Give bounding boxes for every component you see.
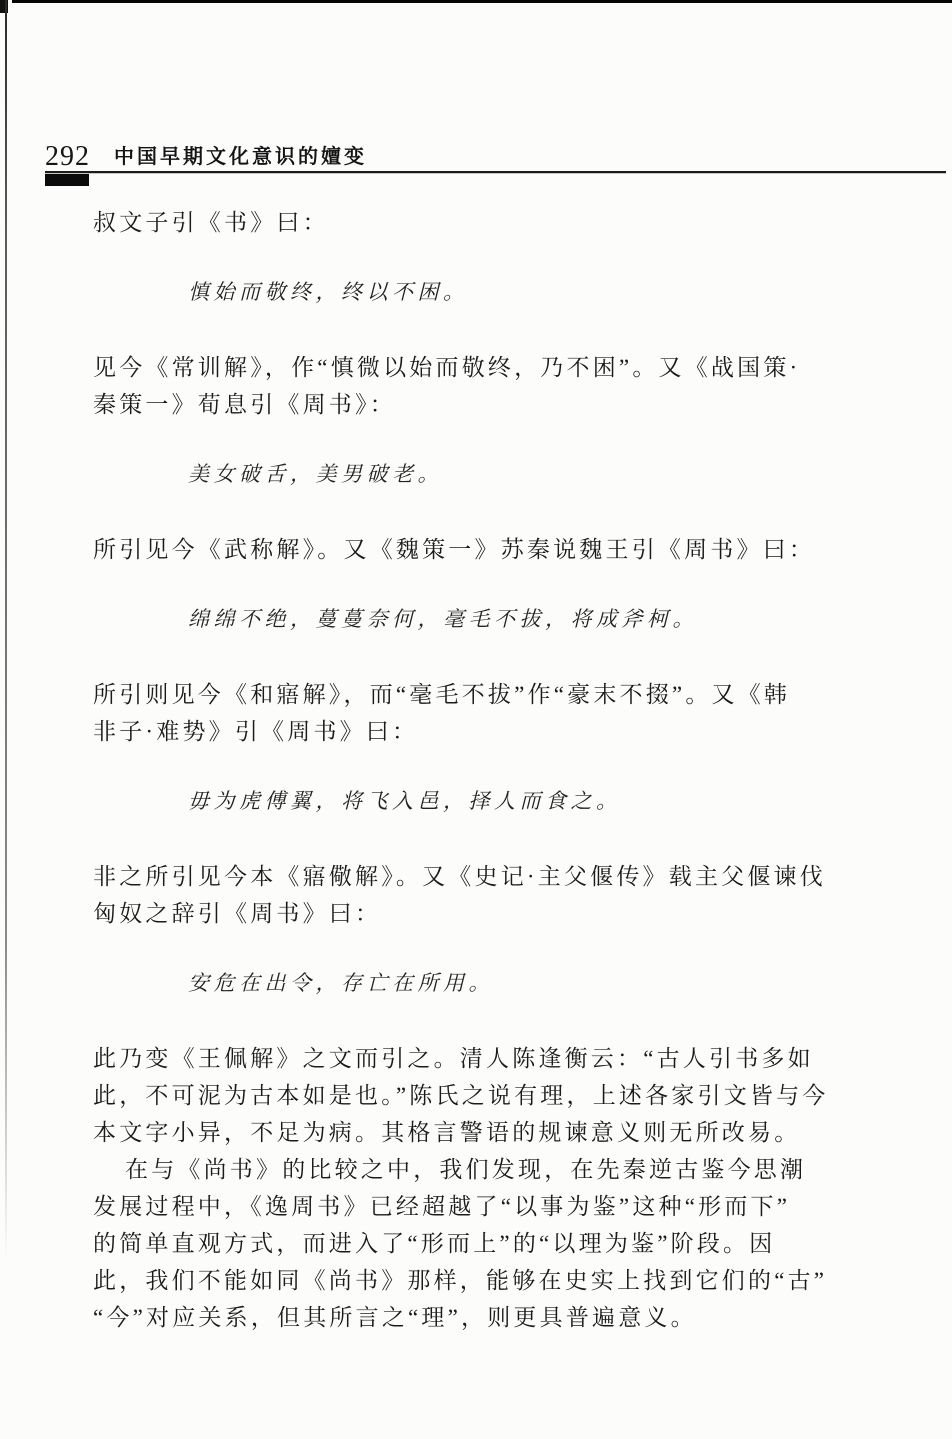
text-line: 慎始而敬终，终以不困。 <box>188 277 863 307</box>
content: 叔文子引《书》曰：慎始而敬终，终以不困。见今《常训解》，作“慎微以始而敬终，乃不… <box>93 204 863 1336</box>
paragraph: 在与《尚书》的比较之中，我们发现，在先秦逆古鉴今思潮发展过程中，《逸周书》已经超… <box>93 1151 863 1336</box>
text-line: 此乃变《王佩解》之文而引之。清人陈逢衡云：“古人引书多如 <box>93 1040 863 1077</box>
text-line: 见今《常训解》，作“慎微以始而敬终，乃不困”。又《战国策· <box>93 349 863 386</box>
scan-top-edge-artifact <box>12 0 952 3</box>
paragraph: 所引见今《武称解》。又《魏策一》苏秦说魏王引《周书》曰： <box>93 531 863 568</box>
text-line: 匈奴之辞引《周书》曰： <box>93 895 863 932</box>
text-line: 所引见今《武称解》。又《魏策一》苏秦说魏王引《周书》曰： <box>93 531 863 568</box>
block-quote: 慎始而敬终，终以不困。 <box>188 277 863 307</box>
header-ink-block <box>45 174 89 186</box>
text-line: 此，我们不能如同《尚书》那样，能够在史实上找到它们的“古” <box>93 1262 863 1299</box>
text-line: 的简单直观方式，而进入了“形而上”的“以理为鉴”阶段。因 <box>93 1225 863 1262</box>
header-rule <box>45 171 946 173</box>
text-line: 毋为虎傅翼，将飞入邑，择人而食之。 <box>188 786 863 816</box>
text-line: 绵绵不绝，蔓蔓奈何，毫毛不拔，将成斧柯。 <box>188 604 863 634</box>
page-number: 292 <box>45 141 90 173</box>
scanned-book-page: 292中国早期文化意识的嬗变 叔文子引《书》曰：慎始而敬终，终以不困。见今《常训… <box>0 0 952 1439</box>
block-quote: 毋为虎傅翼，将飞入邑，择人而食之。 <box>188 786 863 816</box>
scan-left-edge-line <box>5 0 7 1260</box>
text-line: 美女破舌，美男破老。 <box>188 459 863 489</box>
text-line: 在与《尚书》的比较之中，我们发现，在先秦逆古鉴今思潮 <box>93 1151 863 1188</box>
text-line: 所引则见今《和寤解》，而“毫毛不拔”作“豪末不掇”。又《韩 <box>93 676 863 713</box>
block-quote: 安危在出令，存亡在所用。 <box>188 968 863 998</box>
text-line: 安危在出令，存亡在所用。 <box>188 968 863 998</box>
running-title: 中国早期文化意识的嬗变 <box>114 140 367 169</box>
paragraph: 非之所引见今本《寤儆解》。又《史记·主父偃传》载主父偃谏伐匈奴之辞引《周书》曰： <box>93 858 863 932</box>
text-line: 此，不可泥为古本如是也。”陈氏之说有理，上述各家引文皆与今 <box>93 1077 863 1114</box>
paragraph: 见今《常训解》，作“慎微以始而敬终，乃不困”。又《战国策·秦策一》荀息引《周书》… <box>93 349 863 423</box>
block-quote: 绵绵不绝，蔓蔓奈何，毫毛不拔，将成斧柯。 <box>188 604 863 634</box>
text-line: 叔文子引《书》曰： <box>93 204 863 241</box>
text-line: 本文字小异，不足为病。其格言警语的规谏意义则无所改易。 <box>93 1114 863 1151</box>
text-line: 秦策一》荀息引《周书》： <box>93 386 863 423</box>
paragraph: 此乃变《王佩解》之文而引之。清人陈逢衡云：“古人引书多如此，不可泥为古本如是也。… <box>93 1040 863 1151</box>
block-quote: 美女破舌，美男破老。 <box>188 459 863 489</box>
text-line: 非之所引见今本《寤儆解》。又《史记·主父偃传》载主父偃谏伐 <box>93 858 863 895</box>
paragraph: 叔文子引《书》曰： <box>93 204 863 241</box>
page-header: 292中国早期文化意识的嬗变 <box>45 140 945 173</box>
text-line: 非子·难势》引《周书》曰： <box>93 713 863 750</box>
text-line: “今”对应关系，但其所言之“理”，则更具普遍意义。 <box>93 1299 863 1336</box>
text-line: 发展过程中，《逸周书》已经超越了“以事为鉴”这种“形而下” <box>93 1188 863 1225</box>
paragraph: 所引则见今《和寤解》，而“毫毛不拔”作“豪末不掇”。又《韩非子·难势》引《周书》… <box>93 676 863 750</box>
